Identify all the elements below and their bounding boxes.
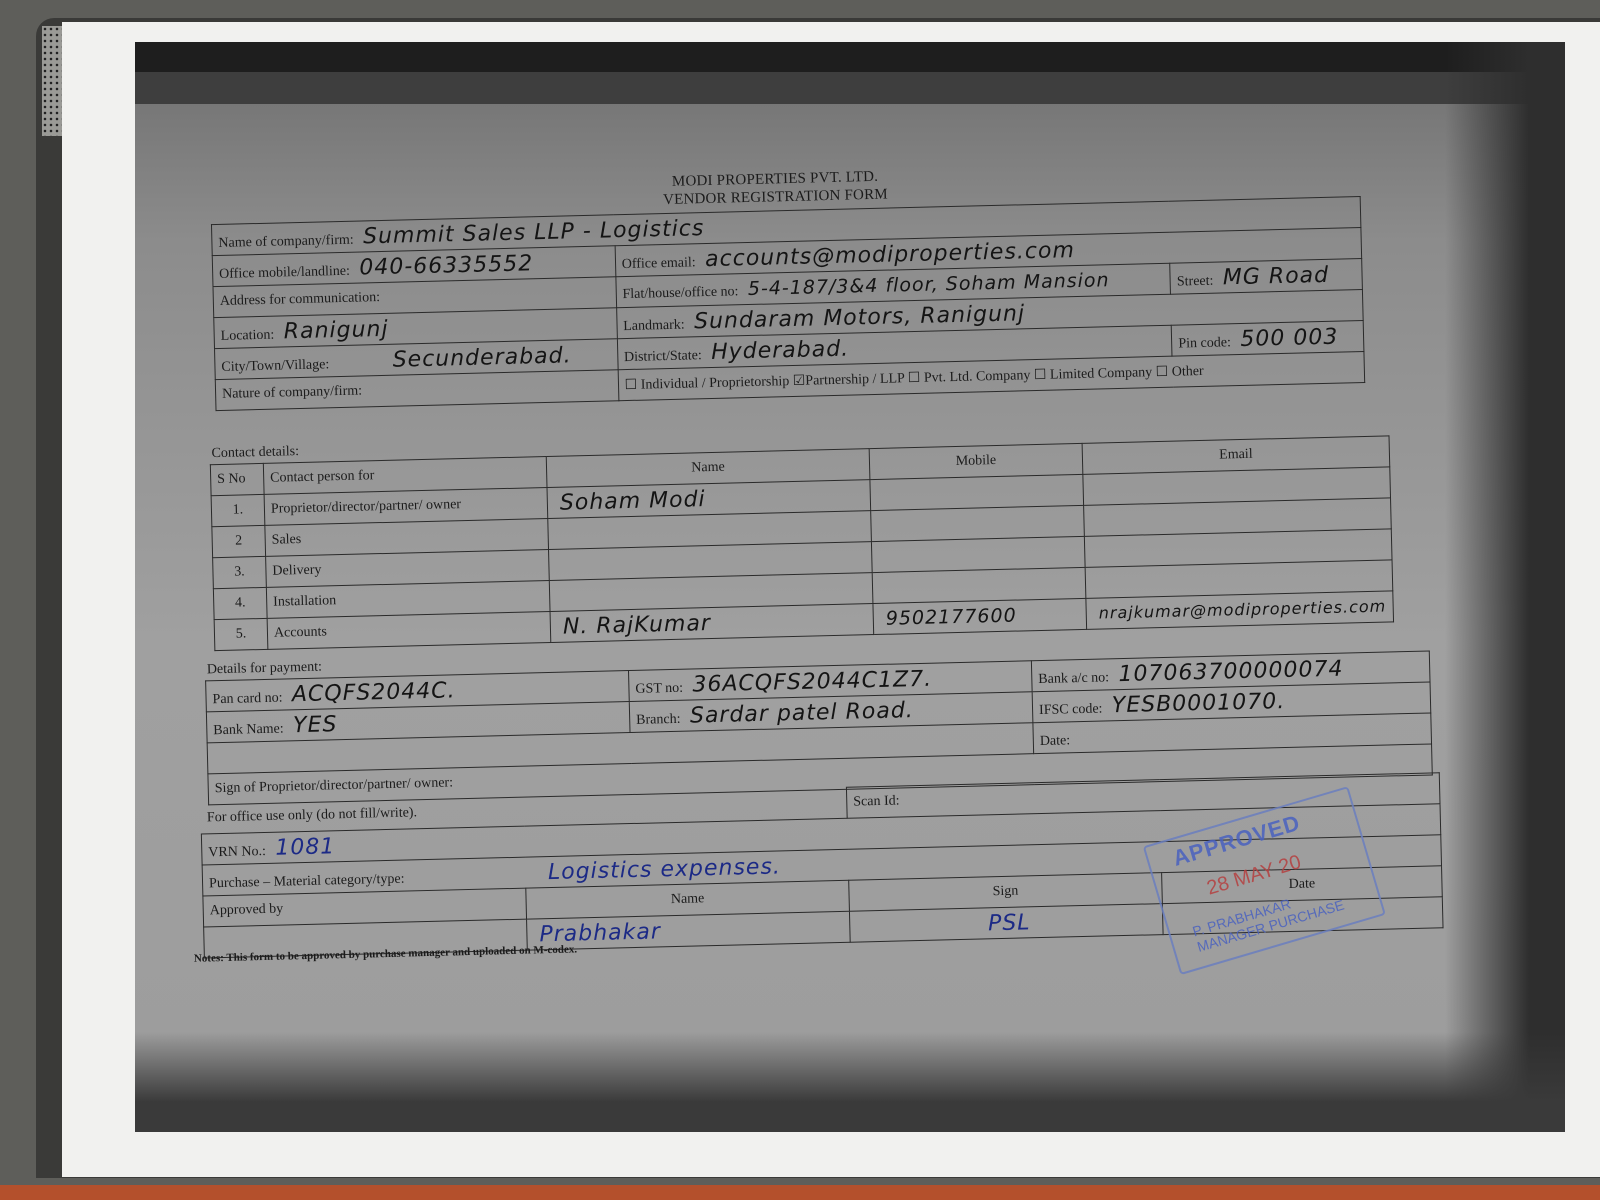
checkbox-icon[interactable]: ☐	[625, 377, 638, 392]
row-name-cell[interactable]: N. RajKumar	[550, 604, 874, 643]
row-mobile	[884, 544, 885, 569]
page-shadow-bottom	[135, 1032, 1565, 1132]
street-label: Street:	[1177, 273, 1214, 289]
row-role: Accounts	[267, 611, 551, 649]
office-mobile-value: 040-66335552	[359, 251, 533, 280]
nature-option-partnership[interactable]: ☑Partnership / LLP	[793, 371, 905, 389]
approver-name: Prabhakar	[539, 919, 661, 947]
vrn-value: 1081	[275, 834, 336, 860]
checkbox-icon[interactable]: ☐	[1034, 367, 1047, 382]
row-name	[561, 552, 562, 577]
office-mobile-label: Office mobile/landline:	[219, 263, 350, 281]
bank-name-label: Bank Name:	[213, 721, 284, 738]
nature-option-label: Individual / Proprietorship	[641, 374, 790, 393]
scan-id-label: Scan Id:	[853, 793, 900, 809]
category-value: Logistics expenses.	[548, 854, 782, 885]
date-label: Date:	[1040, 733, 1071, 749]
nature-label: Nature of company/firm:	[222, 383, 362, 401]
row-mobile	[885, 575, 886, 600]
flat-label: Flat/house/office no:	[622, 284, 738, 302]
gst-value: 36ACQFS2044C1Z7.	[692, 666, 932, 697]
city-value: Secunderabad.	[392, 343, 571, 372]
row-name	[562, 583, 563, 608]
flat-value: 5-4-187/3&4 floor, Soham Mansion	[748, 269, 1110, 300]
row-mobile	[882, 482, 883, 507]
bank-name-value: YES	[293, 712, 338, 738]
nature-option-label: Limited Company	[1050, 365, 1153, 382]
bank-ac-value: 107063700000074	[1118, 656, 1344, 686]
checkbox-checked-icon[interactable]: ☑	[793, 373, 806, 388]
vendor-registration-form: MODI PROPERTIES PVT. LTD. VENDOR REGISTR…	[175, 154, 1454, 965]
office-section-label: For office use only (do not fill/write).	[207, 805, 417, 825]
ifsc-value: YESB0001070.	[1112, 689, 1286, 718]
street-field[interactable]: Street: MG Road	[1170, 259, 1362, 295]
contact-section-label: Contact details:	[211, 444, 299, 462]
checkbox-icon[interactable]: ☐	[908, 370, 921, 385]
nature-option-limited[interactable]: ☐ Limited Company	[1034, 365, 1153, 383]
row-email	[1096, 508, 1097, 533]
date-value	[1076, 725, 1077, 750]
approver-signature: PSL	[988, 910, 1031, 936]
nature-option-label: Other	[1172, 363, 1204, 379]
pincode-field[interactable]: Pin code: 500 003	[1171, 321, 1363, 357]
row-sno: 2	[212, 525, 266, 557]
row-email	[1097, 539, 1098, 564]
branch-value: Sardar patel Road.	[690, 698, 914, 728]
pan-label: Pan card no:	[212, 690, 282, 707]
speaker-grille	[42, 26, 62, 136]
nature-option-other[interactable]: ☐ Other	[1156, 363, 1204, 379]
city-label: City/Town/Village:	[221, 357, 329, 375]
district-value: Hyderabad.	[711, 336, 850, 364]
row-sno: 5.	[214, 618, 268, 650]
row-sno: 4.	[213, 587, 267, 619]
pincode-value: 500 003	[1240, 324, 1339, 351]
row-mobile: 9502177600	[886, 605, 1017, 630]
row-name: Soham Modi	[560, 487, 706, 516]
approver-sign-cell[interactable]: PSL	[849, 904, 1163, 943]
page-shadow-right	[1445, 42, 1565, 1132]
background-surface	[0, 1185, 1600, 1200]
landmark-label: Landmark:	[623, 317, 685, 333]
row-sno: 1.	[211, 494, 265, 526]
contact-table: S No Contact person for Name Mobile Emai…	[210, 435, 1394, 651]
nature-option-label: Pvt. Ltd. Company	[924, 368, 1031, 386]
row-email	[1098, 570, 1099, 595]
landmark-value: Sundaram Motors, Ranigunj	[694, 301, 1026, 334]
nature-option-label: Partnership / LLP	[805, 371, 904, 388]
pan-value: ACQFS2044C.	[292, 678, 456, 707]
row-mobile-cell[interactable]: 9502177600	[873, 598, 1087, 634]
branch-label: Branch:	[636, 711, 681, 727]
gst-label: GST no:	[635, 680, 683, 696]
company-name-label: Name of company/firm:	[218, 232, 354, 250]
ifsc-label: IFSC code:	[1039, 701, 1103, 718]
row-sno: 3.	[213, 556, 267, 588]
row-email: nrajkumar@modiproperties.com	[1099, 597, 1387, 623]
row-name	[560, 521, 561, 546]
nature-option-pvt-ltd[interactable]: ☐ Pvt. Ltd. Company	[908, 368, 1031, 386]
row-name: N. RajKumar	[563, 611, 712, 640]
row-email-cell[interactable]: nrajkumar@modiproperties.com	[1086, 591, 1394, 629]
approved-by-label: Approved by	[210, 902, 284, 919]
location-value: Ranigunj	[283, 316, 388, 344]
office-email-label: Office email:	[622, 255, 696, 272]
pincode-label: Pin code:	[1178, 335, 1231, 351]
street-value: MG Road	[1223, 262, 1330, 290]
location-label: Location:	[221, 327, 275, 343]
category-label: Purchase – Material category/type:	[209, 871, 405, 891]
checkbox-icon[interactable]: ☐	[1156, 364, 1169, 379]
row-mobile	[883, 513, 884, 538]
nature-option-individual[interactable]: ☐ Individual / Proprietorship	[625, 374, 790, 393]
payment-section-label: Details for payment:	[207, 660, 322, 679]
bank-ac-label: Bank a/c no:	[1038, 670, 1109, 687]
vrn-label: VRN No.:	[208, 843, 266, 859]
row-email	[1095, 477, 1096, 502]
owner-sign-label: Sign of Proprietor/director/partner/ own…	[215, 775, 454, 796]
header-sno: S No	[210, 463, 264, 495]
district-label: District/State:	[624, 348, 702, 365]
company-details-table: Name of company/firm: Summit Sales LLP -…	[211, 196, 1365, 411]
address-label: Address for communication:	[220, 290, 381, 309]
